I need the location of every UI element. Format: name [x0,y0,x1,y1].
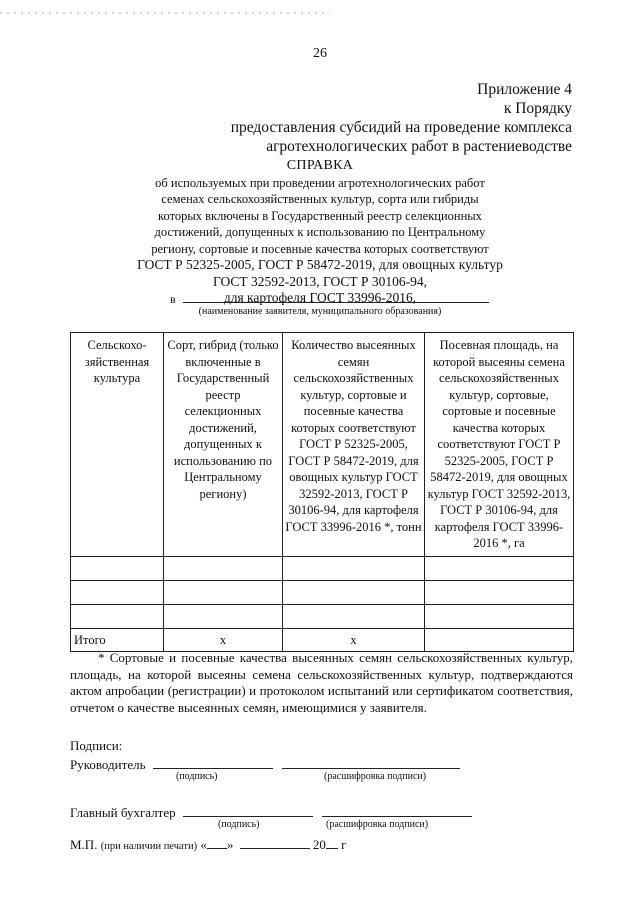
date-close-quote: » [227,837,234,852]
table-cell[interactable] [71,556,164,580]
year-prefix: 20 [313,837,326,852]
title-line: семенах сельскохозяйственных культур, со… [100,191,540,208]
table-header-row: Сельскохо-зяйственная культура Сорт, гиб… [71,333,574,557]
accountant-label: Главный бухгалтер [70,805,176,820]
document-title: СПРАВКА [100,158,540,175]
table-row [71,604,574,628]
table-cell[interactable] [164,604,283,628]
column-header-seed-quantity: Количество высеянных семян сельскохозяйс… [283,333,425,557]
head-captions: (подпись) (расшифровка подписи) [70,774,530,804]
appendix-line: Приложение 4 [231,80,572,99]
year-suffix: г [341,837,346,852]
applicant-field: в [170,292,489,307]
seeds-table: Сельскохо-зяйственная культура Сорт, гиб… [70,332,574,652]
month-blank[interactable] [240,836,310,849]
day-blank[interactable] [207,836,227,849]
stamp-label: М.П. [70,837,97,852]
signatures-block: Подписи: Руководитель (подпись) (расшифр… [70,738,530,854]
scan-artifact [0,12,330,14]
total-cell: х [164,628,283,652]
year-blank[interactable] [326,836,338,849]
table-cell[interactable] [164,556,283,580]
head-signature-row: Руководитель [70,756,530,774]
total-cell[interactable] [425,628,574,652]
decoding-caption: (расшифровка подписи) [326,819,428,830]
table-cell[interactable] [425,604,574,628]
table-cell[interactable] [425,580,574,604]
head-signature-line[interactable] [153,756,273,769]
footnote-text: * Сортовые и посевные качества высеянных… [70,650,573,716]
appendix-line: агротехнологических работ в растениеводс… [231,137,572,156]
table-cell[interactable] [283,604,425,628]
table-cell[interactable] [283,580,425,604]
appendix-line: к Порядку [231,99,572,118]
title-line: ГОСТ 32592-2013, ГОСТ Р 30106-94, [100,274,540,291]
accountant-signature-line[interactable] [183,804,313,817]
table-cell[interactable] [425,556,574,580]
total-label: Итого [71,628,164,652]
accountant-signature-row: Главный бухгалтер [70,804,530,822]
stamp-date-row: М.П. (при наличии печати) «» 20 г [70,836,530,854]
title-line: достижений, допущенных к использованию п… [100,224,540,241]
table-cell[interactable] [164,580,283,604]
column-header-variety: Сорт, гибрид (только включенные в Госуда… [164,333,283,557]
table-cell[interactable] [283,556,425,580]
stamp-note: (при наличии печати) [101,841,197,852]
table-cell[interactable] [71,580,164,604]
title-line: ГОСТ Р 52325-2005, ГОСТ Р 58472-2019, дл… [100,257,540,274]
applicant-blank-line[interactable] [183,292,489,303]
appendix-header: Приложение 4 к Порядку предоставления су… [231,80,572,156]
page-number: 26 [0,46,640,62]
signatures-heading: Подписи: [70,738,530,756]
column-header-sown-area: Посевная площадь, на которой высеяны сем… [425,333,574,557]
signature-caption: (подпись) [218,819,260,830]
accountant-decoding-line[interactable] [322,804,472,817]
footnote: * Сортовые и посевные качества высеянных… [70,650,573,716]
certificate-title-block: СПРАВКА об используемых при проведении а… [100,158,540,307]
accountant-captions: (подпись) (расшифровка подписи) [70,822,530,836]
decoding-caption: (расшифровка подписи) [324,771,426,782]
table-cell[interactable] [71,604,164,628]
title-line: которых включены в Государственный реест… [100,208,540,225]
applicant-prefix: в [170,292,176,306]
table-row [71,556,574,580]
head-label: Руководитель [70,757,146,772]
column-header-crop: Сельскохо-зяйственная культура [71,333,164,557]
signature-caption: (подпись) [176,771,218,782]
applicant-caption: (наименование заявителя, муниципального … [0,306,640,317]
appendix-line: предоставления субсидий на проведение ко… [231,118,572,137]
table-total-row: Итого х х [71,628,574,652]
table-row [71,580,574,604]
title-line: региону, сортовые и посевные качества ко… [100,241,540,258]
total-cell: х [283,628,425,652]
title-line: об используемых при проведении агротехно… [100,175,540,192]
head-decoding-line[interactable] [282,756,460,769]
